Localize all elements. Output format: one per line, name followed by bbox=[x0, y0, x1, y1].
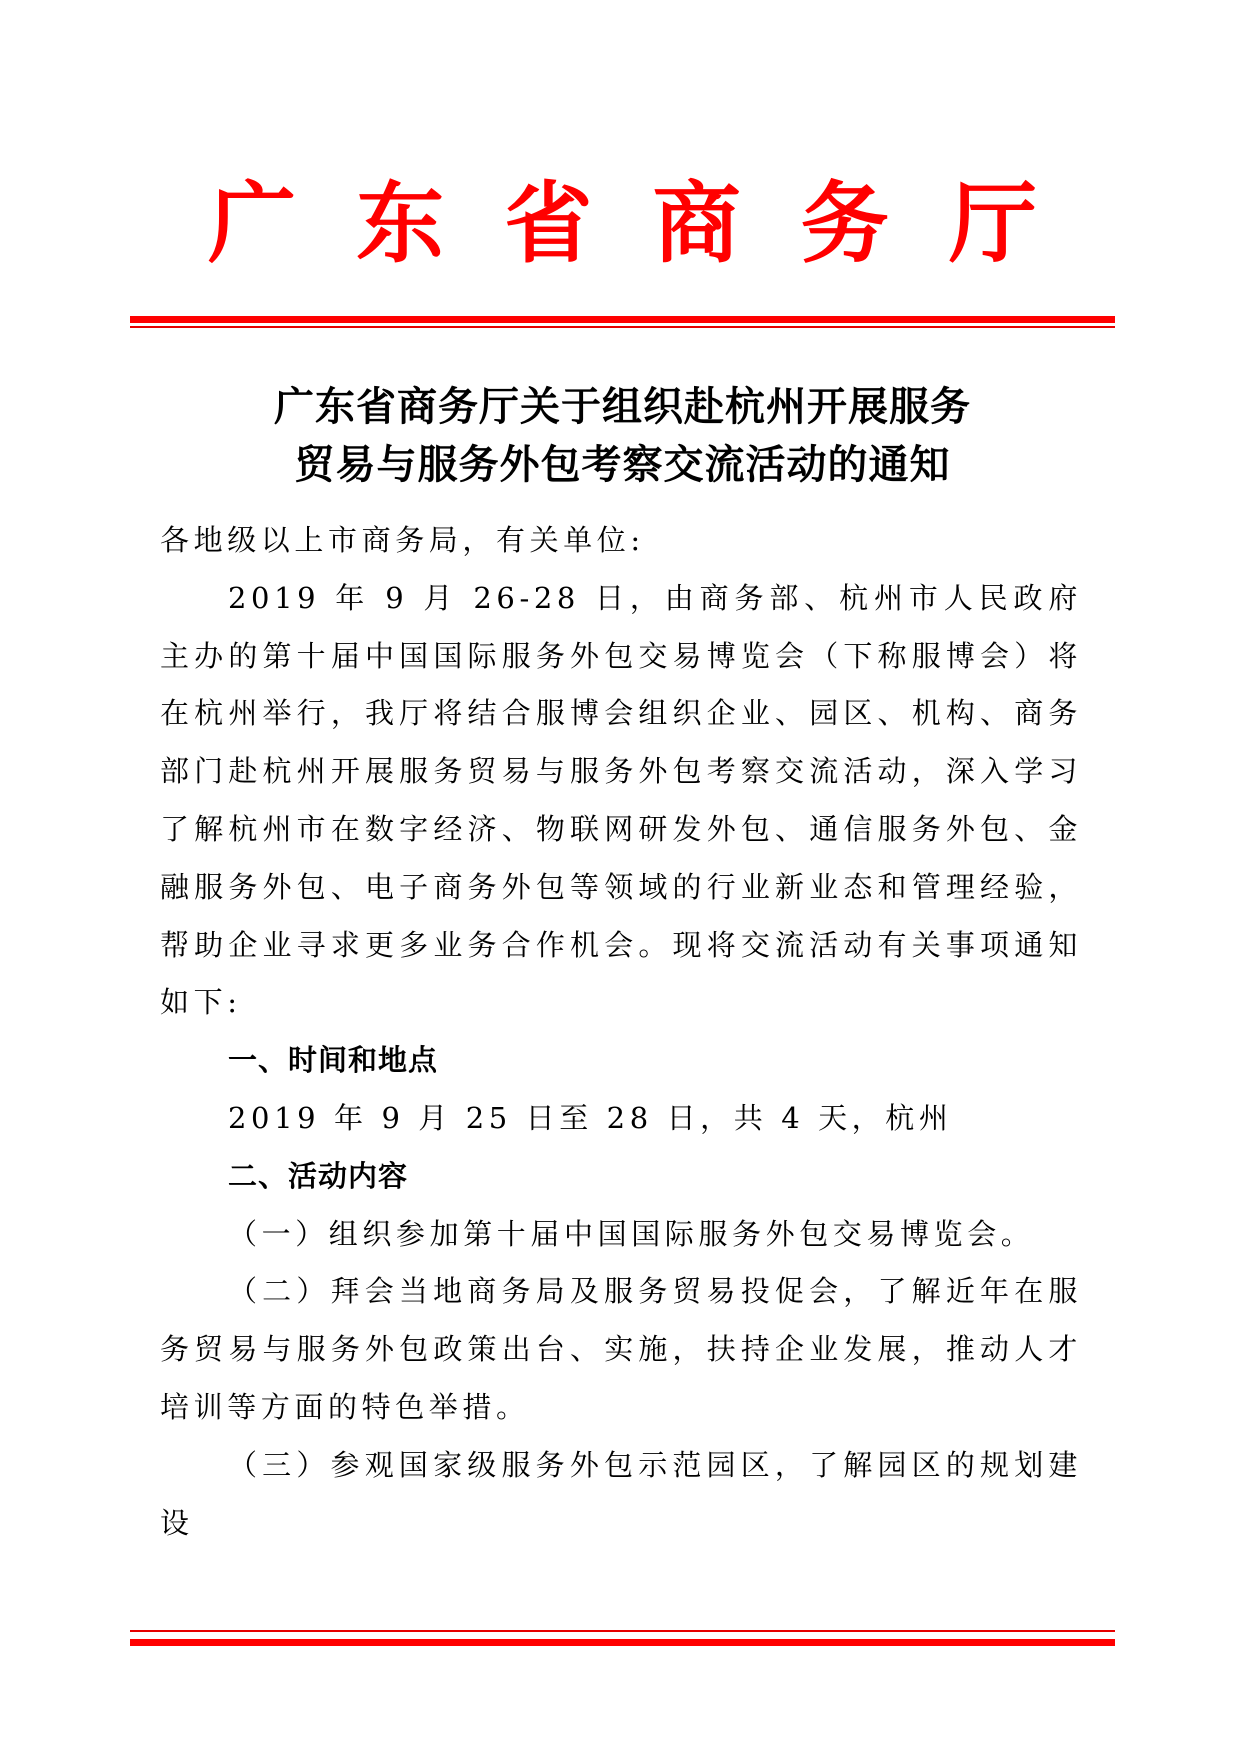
intro-paragraph: 2019 年 9 月 26-28 日，由商务部、杭州市人民政府主办的第十届中国国… bbox=[160, 570, 1082, 1032]
header-divider-thick bbox=[130, 316, 1115, 323]
footer-divider-thin bbox=[130, 1630, 1115, 1632]
document-title: 广东省商务厅关于组织赴杭州开展服务 贸易与服务外包考察交流活动的通知 bbox=[130, 378, 1115, 494]
section-heading-activities: 二、活动内容 bbox=[160, 1148, 1082, 1206]
masthead-char: 省 bbox=[504, 168, 592, 278]
section-heading-time-place: 一、时间和地点 bbox=[160, 1032, 1082, 1090]
footer-divider-thick bbox=[130, 1639, 1115, 1646]
activity-item: （一）组织参加第十届中国国际服务外包交易博览会。 bbox=[160, 1206, 1082, 1264]
title-line-1: 广东省商务厅关于组织赴杭州开展服务 bbox=[130, 378, 1115, 436]
title-line-2: 贸易与服务外包考察交流活动的通知 bbox=[130, 436, 1115, 494]
masthead-char: 广 bbox=[208, 168, 296, 278]
document-page: 广 东 省 商 务 厅 广东省商务厅关于组织赴杭州开展服务 贸易与服务外包考察交… bbox=[0, 0, 1240, 1754]
header-divider-thin bbox=[130, 326, 1115, 328]
masthead-char: 东 bbox=[356, 168, 444, 278]
activity-item: （三）参观国家级服务外包示范园区，了解园区的规划建设 bbox=[160, 1437, 1082, 1553]
activity-item: （二）拜会当地商务局及服务贸易投促会，了解近年在服务贸易与服务外包政策出台、实施… bbox=[160, 1263, 1082, 1436]
masthead-red-header: 广 东 省 商 务 厅 bbox=[130, 168, 1115, 278]
salutation: 各地级以上市商务局，有关单位: bbox=[160, 512, 1082, 570]
document-body: 各地级以上市商务局，有关单位: 2019 年 9 月 26-28 日，由商务部、… bbox=[160, 512, 1082, 1552]
masthead-char: 厅 bbox=[949, 168, 1037, 278]
time-place-text: 2019 年 9 月 25 日至 28 日，共 4 天，杭州 bbox=[160, 1090, 1082, 1148]
masthead-char: 商 bbox=[653, 168, 741, 278]
masthead-char: 务 bbox=[801, 168, 889, 278]
